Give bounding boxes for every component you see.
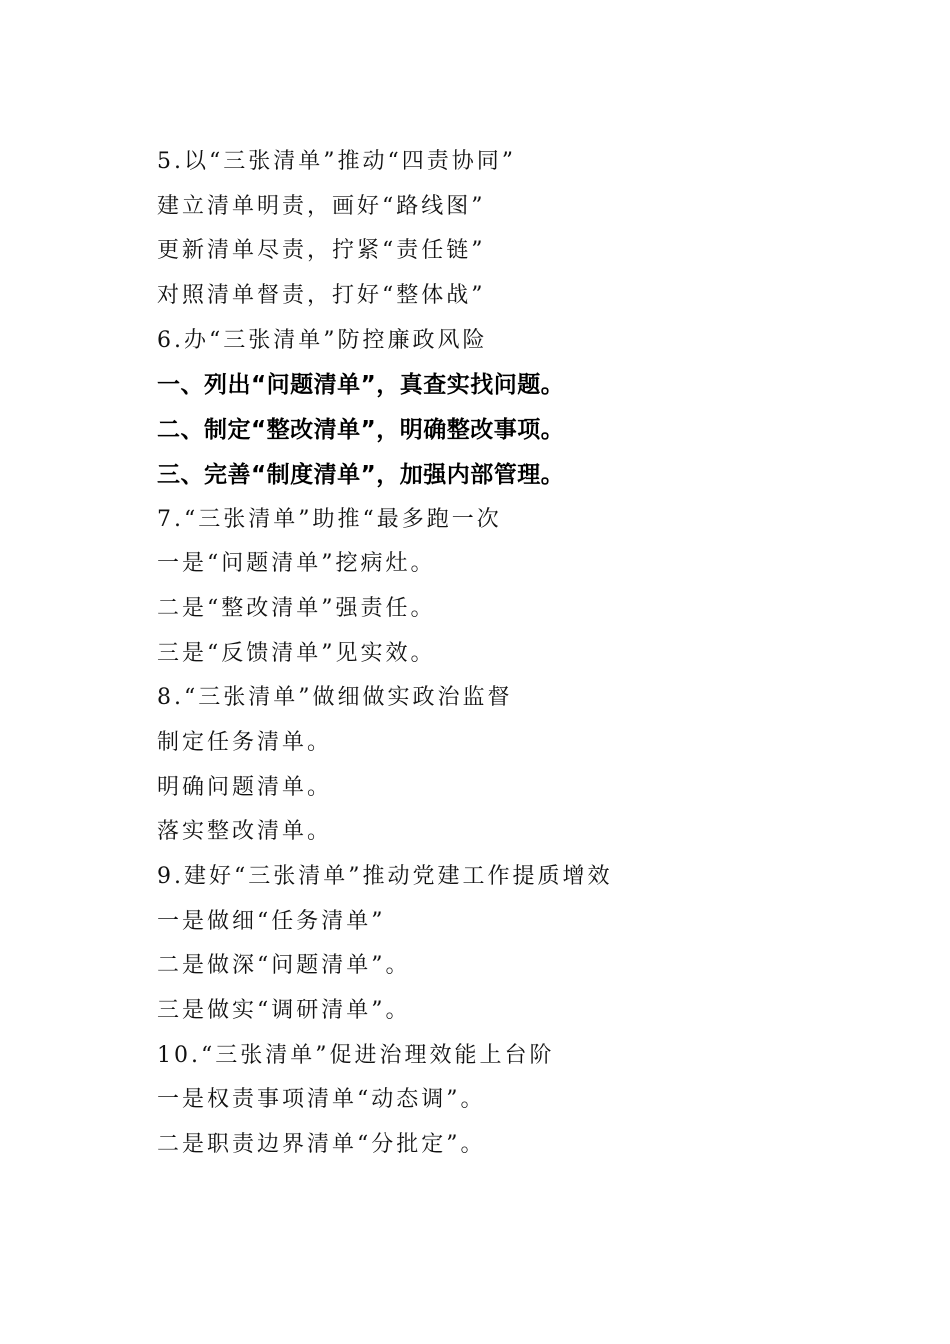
list-item-bold: 二、制定“整改清单”，明确整改事项。 — [157, 408, 857, 453]
list-item: 对照清单督责，打好“整体战” — [157, 274, 857, 319]
list-item: 一是权责事项清单“动态调”。 — [157, 1078, 857, 1123]
document-body: 5.以“三张清单”推动“四责协同” 建立清单明责，画好“路线图” 更新清单尽责，… — [157, 140, 857, 1168]
section-heading-6: 6.办“三张清单”防控廉政风险 — [157, 319, 857, 364]
list-item: 一是做细“任务清单” — [157, 900, 857, 945]
list-item: 落实整改清单。 — [157, 810, 857, 855]
list-item-bold: 一、列出“问题清单”，真查实找问题。 — [157, 363, 857, 408]
list-item: 一是“问题清单”挖病灶。 — [157, 542, 857, 587]
list-item: 三是“反馈清单”见实效。 — [157, 632, 857, 677]
list-item: 二是“整改清单”强责任。 — [157, 587, 857, 632]
list-item: 明确问题清单。 — [157, 766, 857, 811]
list-item: 建立清单明责，画好“路线图” — [157, 185, 857, 230]
section-heading-9: 9.建好“三张清单”推动党建工作提质增效 — [157, 855, 857, 900]
list-item: 三是做实“调研清单”。 — [157, 989, 857, 1034]
list-item: 制定任务清单。 — [157, 721, 857, 766]
list-item: 更新清单尽责，拧紧“责任链” — [157, 229, 857, 274]
document-page: 5.以“三张清单”推动“四责协同” 建立清单明责，画好“路线图” 更新清单尽责，… — [0, 0, 950, 1344]
section-heading-5: 5.以“三张清单”推动“四责协同” — [157, 140, 857, 185]
list-item: 二是职责边界清单“分批定”。 — [157, 1123, 857, 1168]
list-item-bold: 三、完善“制度清单”，加强内部管理。 — [157, 453, 857, 498]
section-heading-10: 10.“三张清单”促进治理效能上台阶 — [157, 1034, 857, 1079]
section-heading-7: 7.“三张清单”助推“最多跑一次 — [157, 498, 857, 543]
list-item: 二是做深“问题清单”。 — [157, 944, 857, 989]
section-heading-8: 8.“三张清单”做细做实政治监督 — [157, 676, 857, 721]
